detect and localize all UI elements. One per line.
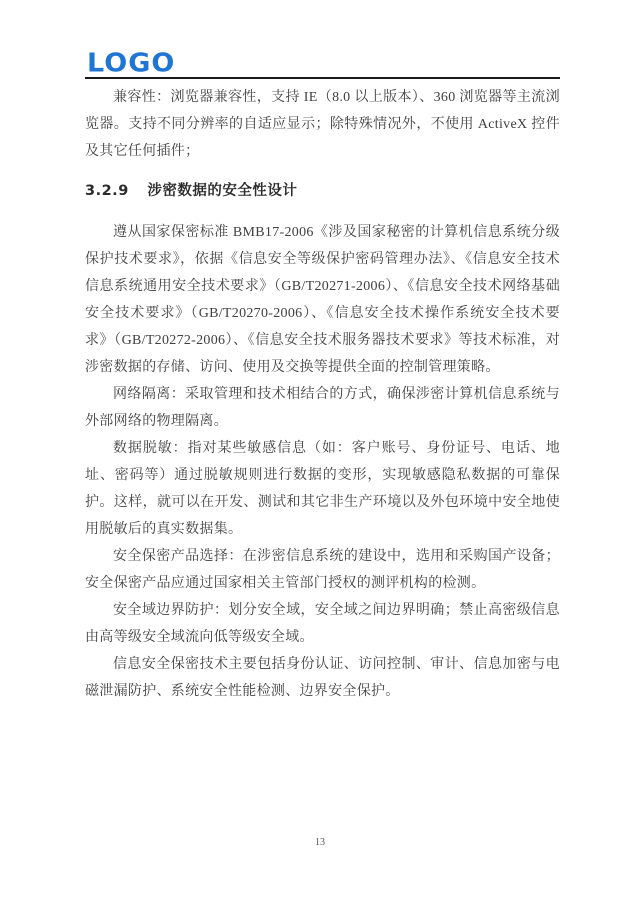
section-number: 3.2.9 [85, 183, 129, 199]
body-paragraph-data-masking: 数据脱敏：指对某些敏感信息（如：客户账号、身份证号、电话、地址、密码等）通过脱敏… [85, 435, 560, 543]
section-heading: 3.2.9 涉密数据的安全性设计 [85, 178, 560, 205]
document-page: LOGO 兼容性：浏览器兼容性，支持 IE（8.0 以上版本）、360 浏览器等… [0, 0, 640, 906]
body-paragraph-security-domain: 安全域边界防护：划分安全域，安全域之间边界明确；禁止高密级信息由高等级安全域流向… [85, 597, 560, 651]
page-footer: 13 [0, 837, 640, 848]
body-paragraph-product-selection: 安全保密产品选择：在涉密信息系统的建设中，选用和采购国产设备；安全保密产品应通过… [85, 543, 560, 597]
company-logo: LOGO [87, 51, 560, 76]
document-body: 兼容性：浏览器兼容性，支持 IE（8.0 以上版本）、360 浏览器等主流浏览器… [85, 84, 560, 705]
body-paragraph-standards: 遵从国家保密标准 BMB17-2006《涉及国家秘密的计算机信息系统分级保护技术… [85, 219, 560, 381]
body-paragraph-network-isolation: 网络隔离：采取管理和技术相结合的方式，确保涉密计算机信息系统与外部网络的物理隔离… [85, 381, 560, 435]
page-header: LOGO [85, 50, 560, 79]
body-paragraph-compatibility: 兼容性：浏览器兼容性，支持 IE（8.0 以上版本）、360 浏览器等主流浏览器… [85, 84, 560, 165]
body-paragraph-security-tech: 信息安全保密技术主要包括身份认证、访问控制、审计、信息加密与电磁泄漏防护、系统安… [85, 651, 560, 705]
page-number: 13 [315, 837, 325, 848]
section-title: 涉密数据的安全性设计 [147, 183, 297, 199]
